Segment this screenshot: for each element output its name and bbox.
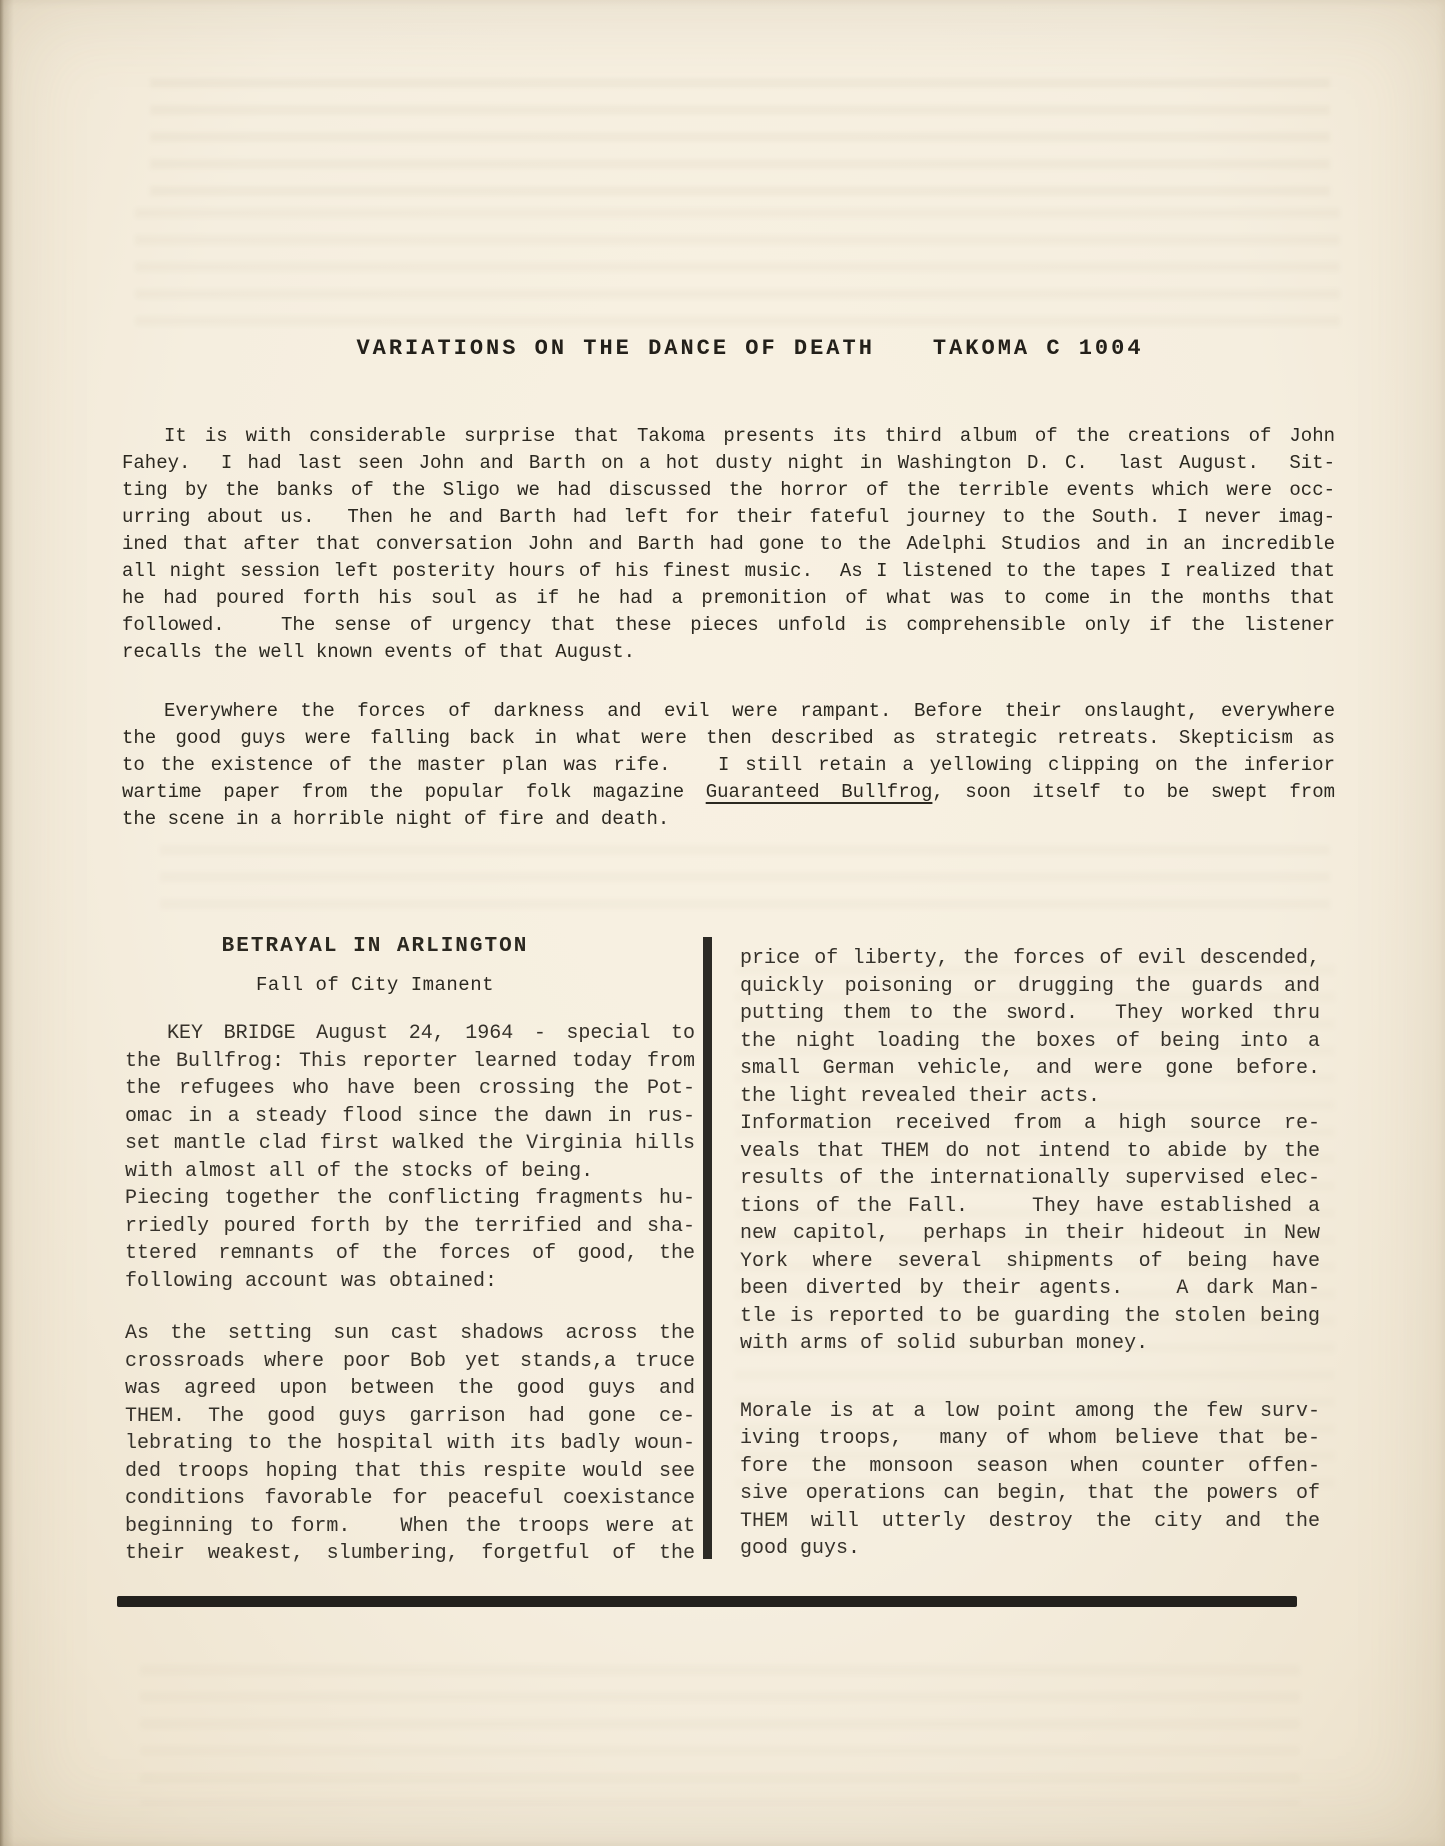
text-line: KEY BRIDGE August 24, 1964 - special to — [125, 1020, 695, 1048]
text-line: ded troops hoping that this respite woul… — [125, 1458, 695, 1486]
text-line: fore the monsoon season when counter off… — [740, 1453, 1320, 1481]
right-column: price of liberty, the forces of evil des… — [740, 945, 1320, 1563]
text-line: THEM. The good guys garrison had gone ce… — [125, 1403, 695, 1431]
text-line: set mantle clad first walked the Virgini… — [125, 1130, 695, 1158]
article-heading: BETRAYAL IN ARLINGTON — [125, 928, 625, 966]
text-line: good guys. — [740, 1535, 1320, 1563]
text-line: putting them to the sword. They worked t… — [740, 1000, 1320, 1028]
article-paragraph: Morale is at a low point among the few s… — [740, 1398, 1320, 1563]
text-line: Morale is at a low point among the few s… — [740, 1398, 1320, 1426]
text-line: iving troops, many of whom believe that … — [740, 1425, 1320, 1453]
page-title: VARIATIONS ON THE DANCE OF DEATHTAKOMA C… — [0, 334, 1445, 364]
column-divider — [703, 937, 712, 1559]
text-line: he had poured forth his soul as if he ha… — [122, 585, 1335, 612]
text-line: new capitol, perhaps in their hideout in… — [740, 1220, 1320, 1248]
article-paragraph: KEY BRIDGE August 24, 1964 - special tot… — [125, 1020, 695, 1295]
text-line: results of the internationally supervise… — [740, 1165, 1320, 1193]
text-line: urring about us. Then he and Barth had l… — [122, 504, 1335, 531]
bottom-rule — [117, 1596, 1297, 1607]
text-line: tions of the Fall. They have established… — [740, 1193, 1320, 1221]
text-line: small German vehicle, and were gone befo… — [740, 1055, 1320, 1083]
text-line: the refugees who have been crossing the … — [125, 1075, 695, 1103]
article-header: BETRAYAL IN ARLINGTON Fall of City Imane… — [125, 928, 625, 1004]
text-line: the light revealed their acts. — [740, 1083, 1320, 1111]
text-line: York where several shipments of being ha… — [740, 1248, 1320, 1276]
text-line: the Bullfrog: This reporter learned toda… — [125, 1048, 695, 1076]
text-line: their weakest, slumbering, forgetful of … — [125, 1540, 695, 1568]
text-line: ined that after that conversation John a… — [122, 531, 1335, 558]
text-line: omac in a steady flood since the dawn in… — [125, 1103, 695, 1131]
left-column: BETRAYAL IN ARLINGTON Fall of City Imane… — [125, 928, 695, 1568]
bleed-through-texture — [150, 78, 1330, 198]
intro-section: It is with considerable surprise that Ta… — [122, 423, 1335, 833]
scan-edge-shadow — [0, 0, 14, 1846]
text-line: sive operations can begin, that the powe… — [740, 1480, 1320, 1508]
text-line: ttered remnants of the forces of good, t… — [125, 1240, 695, 1268]
text-line: with almost all of the stocks of being. — [125, 1158, 695, 1186]
text-line: Piecing together the conflicting fragmen… — [125, 1185, 695, 1213]
text-line: veals that THEM do not intend to abide b… — [740, 1138, 1320, 1166]
text-line: ting by the banks of the Sligo we had di… — [122, 477, 1335, 504]
text-line: lebrating to the hospital with its badly… — [125, 1430, 695, 1458]
bleed-through-texture — [135, 208, 1340, 336]
text-line: the good guys were falling back in what … — [122, 725, 1335, 752]
text-line: followed. The sense of urgency that thes… — [122, 612, 1335, 639]
text-line: with arms of solid suburban money. — [740, 1330, 1320, 1358]
underlined-magazine-name: Guaranteed Bullfrog — [706, 781, 933, 803]
text-line: wartime paper from the popular folk maga… — [122, 779, 1335, 806]
text-line: crossroads where poor Bob yet stands,a t… — [125, 1348, 695, 1376]
text-line: conditions favorable for peaceful coexis… — [125, 1485, 695, 1513]
article-paragraph: As the setting sun cast shadows across t… — [125, 1320, 695, 1568]
text-line: Fahey. I had last seen John and Barth on… — [122, 450, 1335, 477]
text-line: to the existence of the master plan was … — [122, 752, 1335, 779]
intro-paragraph: Everywhere the forces of darkness and ev… — [122, 698, 1335, 833]
text-line: Everywhere the forces of darkness and ev… — [122, 698, 1335, 725]
bleed-through-texture — [160, 845, 1330, 925]
text-line: THEM will utterly destroy the city and t… — [740, 1508, 1320, 1536]
intro-paragraph: It is with considerable surprise that Ta… — [122, 423, 1335, 666]
text-line: recalls the well known events of that Au… — [122, 639, 1335, 666]
text-line: been diverted by their agents. A dark Ma… — [740, 1275, 1320, 1303]
text-line: following account was obtained: — [125, 1268, 695, 1296]
text-line: Information received from a high source … — [740, 1110, 1320, 1138]
text-line: the night loading the boxes of being int… — [740, 1028, 1320, 1056]
text-line: was agreed upon between the good guys an… — [125, 1375, 695, 1403]
text-line: all night session left posterity hours o… — [122, 558, 1335, 585]
article-paragraph: price of liberty, the forces of evil des… — [740, 945, 1320, 1358]
text-line: the scene in a horrible night of fire an… — [122, 806, 1335, 833]
liner-notes-page: VARIATIONS ON THE DANCE OF DEATHTAKOMA C… — [0, 0, 1445, 1846]
article-subheading: Fall of City Imanent — [125, 966, 625, 1004]
text-line: beginning to form. When the troops were … — [125, 1513, 695, 1541]
text-line: It is with considerable surprise that Ta… — [122, 423, 1335, 450]
text-line: As the setting sun cast shadows across t… — [125, 1320, 695, 1348]
text-line: price of liberty, the forces of evil des… — [740, 945, 1320, 973]
bleed-through-texture — [140, 1665, 1300, 1805]
text-line: quickly poisoning or drugging the guards… — [740, 973, 1320, 1001]
text-line: tle is reported to be guarding the stole… — [740, 1303, 1320, 1331]
album-title: VARIATIONS ON THE DANCE OF DEATH — [356, 336, 874, 361]
text-line: rriedly poured forth by the terrified an… — [125, 1213, 695, 1241]
catalog-number: TAKOMA C 1004 — [933, 336, 1144, 361]
